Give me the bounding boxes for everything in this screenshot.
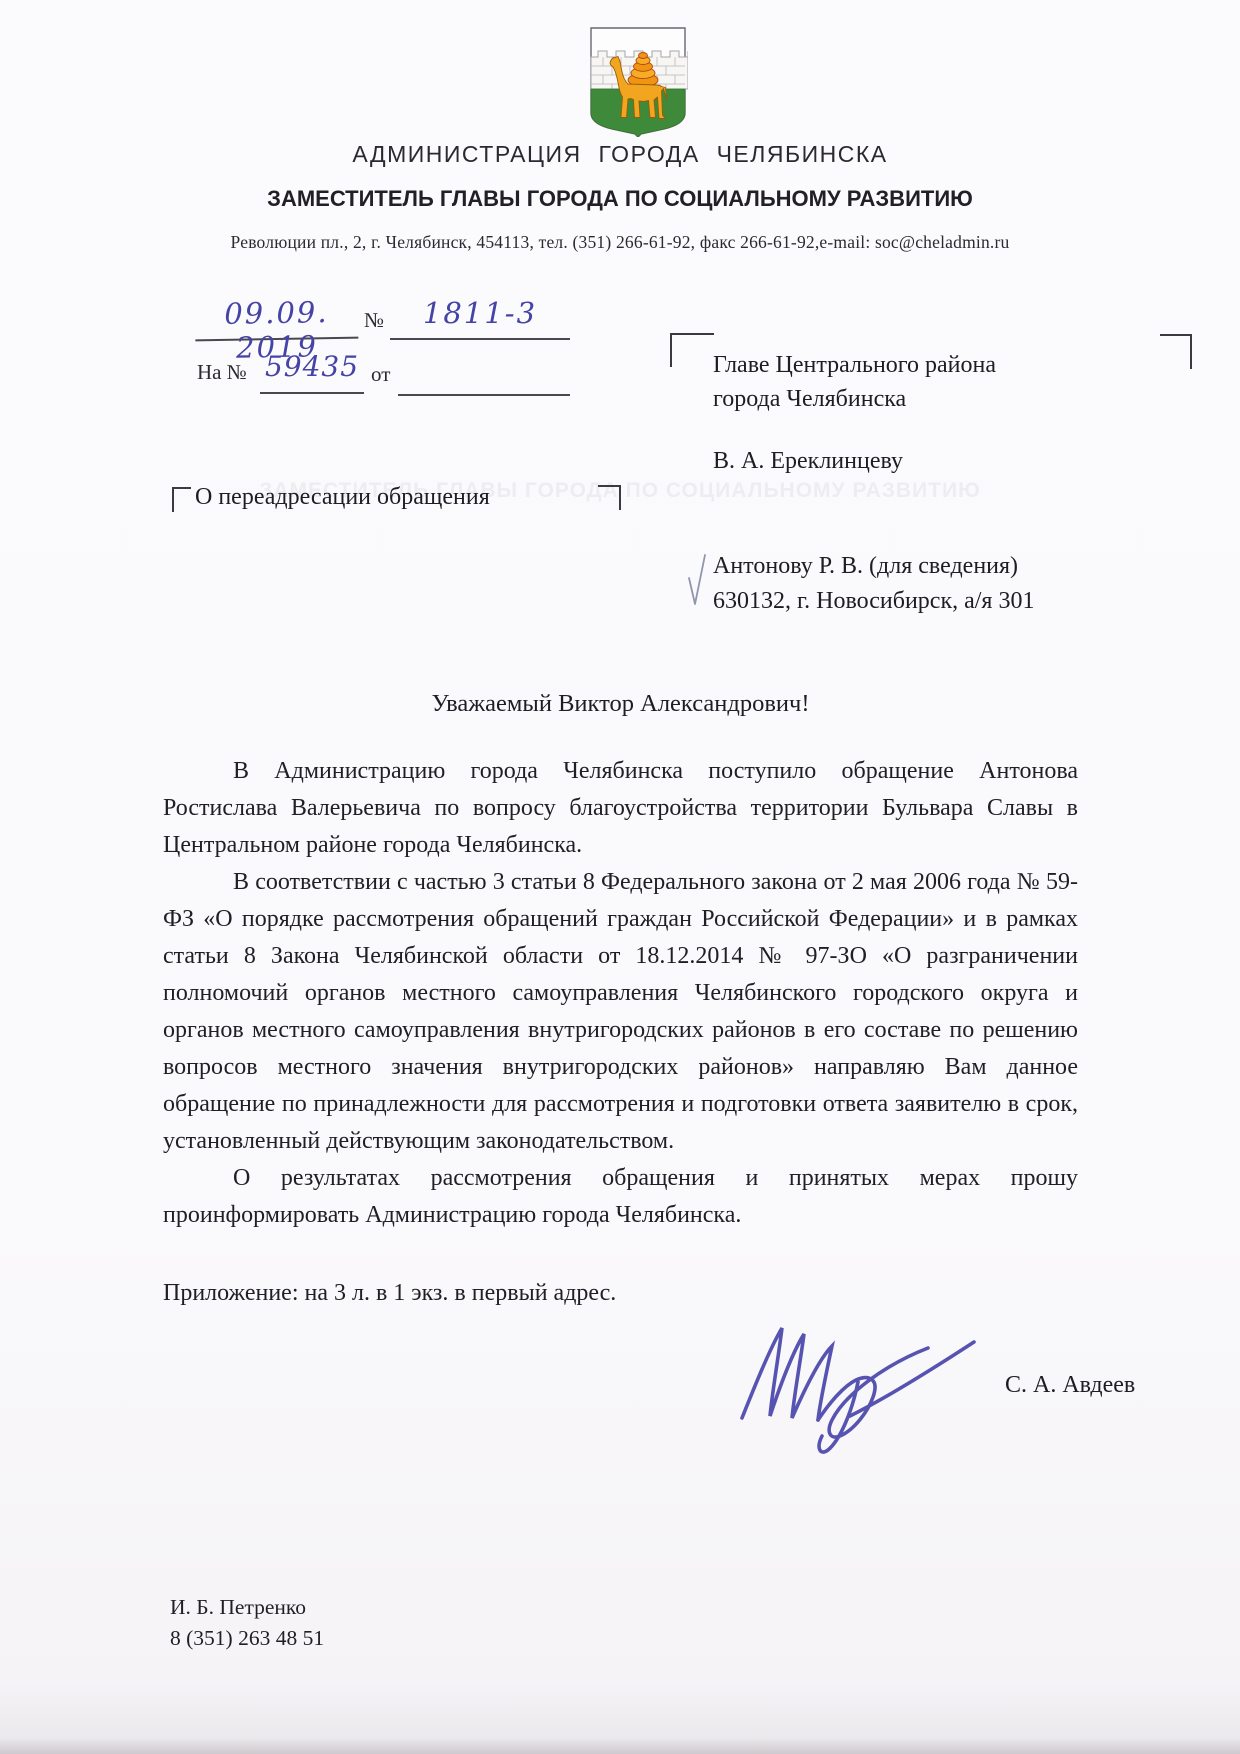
letter-page: АДМИНИСТРАЦИЯ ГОРОДА ЧЕЛЯБИНСКА ЗАМЕСТИТ… <box>0 0 1240 1754</box>
letter-body: В Администрацию города Челябинска поступ… <box>163 753 1078 1234</box>
scan-edge-shadow <box>0 1738 1240 1754</box>
contact-line: Революции пл., 2, г. Челябинск, 454113, … <box>0 232 1240 253</box>
doc-date-field: 09.09. 2019 <box>195 295 359 342</box>
recipient-corner-mark-right <box>1160 334 1192 369</box>
doc-number-field: 1811-3 <box>390 296 570 340</box>
body-paragraph-3: О результатах рассмотрения обращения и п… <box>163 1160 1078 1234</box>
recipient-line2: города Челябинска <box>713 386 906 413</box>
copy-recipient-person: Антонову Р. В. (для сведения) <box>713 553 1018 580</box>
signer-name: С. А. Авдеев <box>1005 1372 1135 1399</box>
doc-number-label: № <box>364 308 384 333</box>
body-paragraph-2: В соответствии с частью 3 статьи 8 Федер… <box>163 864 1078 1160</box>
org-name: АДМИНИСТРАЦИЯ ГОРОДА ЧЕЛЯБИНСКА <box>0 141 1240 168</box>
recipient-line1: Главе Центрального района <box>713 352 996 379</box>
reply-number-field: 59435 <box>260 350 364 394</box>
recipient-corner-mark-left <box>670 333 714 367</box>
salutation: Уважаемый Виктор Александрович! <box>163 690 1078 718</box>
executor-name: И. Б. Петренко <box>170 1592 324 1623</box>
copy-recipient-address: 630132, г. Новосибирск, а/я 301 <box>713 588 1034 615</box>
subject-line: О переадресации обращения <box>195 484 490 511</box>
executor-phone: 8 (351) 263 48 51 <box>170 1623 324 1654</box>
subject-corner-mark-right <box>598 485 621 510</box>
recipient-person: В. А. Ереклинцеву <box>713 448 903 475</box>
signature-ink <box>730 1310 1000 1475</box>
checkmark-icon <box>686 552 708 613</box>
from-date-blank-field <box>398 354 570 396</box>
chelyabinsk-coat-of-arms-icon <box>588 25 688 137</box>
from-date-label: от <box>371 362 390 387</box>
reply-to-label: На № <box>197 360 247 385</box>
body-paragraph-1: В Администрацию города Челябинска поступ… <box>163 753 1078 864</box>
attachment-line: Приложение: на 3 л. в 1 экз. в первый ад… <box>163 1280 616 1307</box>
subject-corner-mark-left <box>172 487 191 512</box>
executor-block: И. Б. Петренко 8 (351) 263 48 51 <box>170 1592 324 1654</box>
dept-title: ЗАМЕСТИТЕЛЬ ГЛАВЫ ГОРОДА ПО СОЦИАЛЬНОМУ … <box>0 186 1240 212</box>
